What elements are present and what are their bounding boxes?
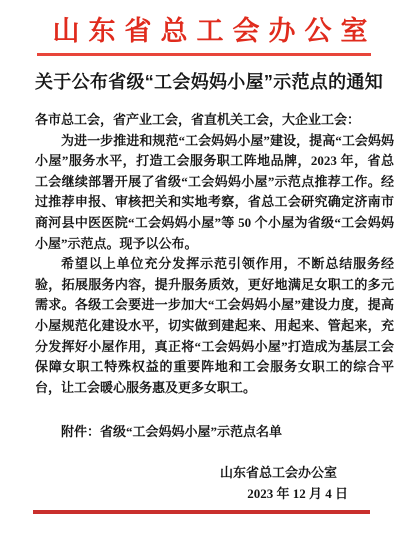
salutation-line: 各市总工会，省产业工会，省直机关工会，大企业工会： bbox=[35, 110, 394, 131]
issuer-signature: 山东省总工会办公室 bbox=[35, 463, 394, 484]
document-body: 各市总工会，省产业工会，省直机关工会，大企业工会： 为进一步推进和规范“工会妈妈… bbox=[35, 110, 394, 443]
issue-date: 2023 年 12 月 4 日 bbox=[35, 484, 394, 505]
letterhead-rule bbox=[37, 53, 371, 56]
document-title: 关于公布省级“工会妈妈小屋”示范点的通知 bbox=[35, 70, 380, 94]
attachment-line: 附件：省级“工会妈妈小屋”示范点名单 bbox=[35, 422, 394, 443]
letterhead-title: 山东省总工会办公室 bbox=[35, 14, 394, 48]
footer-rule bbox=[33, 510, 370, 514]
body-paragraph-1: 为进一步推进和规范“工会妈妈小屋”建设，提高“工会妈妈小屋”服务水平，打造工会服… bbox=[35, 131, 394, 255]
body-paragraph-2: 希望以上单位充分发挥示范引领作用，不断总结服务经验，拓展服务内容，提升服务质效，… bbox=[35, 254, 394, 398]
notice-document: 山东省总工会办公室 关于公布省级“工会妈妈小屋”示范点的通知 各市总工会，省产业… bbox=[0, 0, 404, 543]
